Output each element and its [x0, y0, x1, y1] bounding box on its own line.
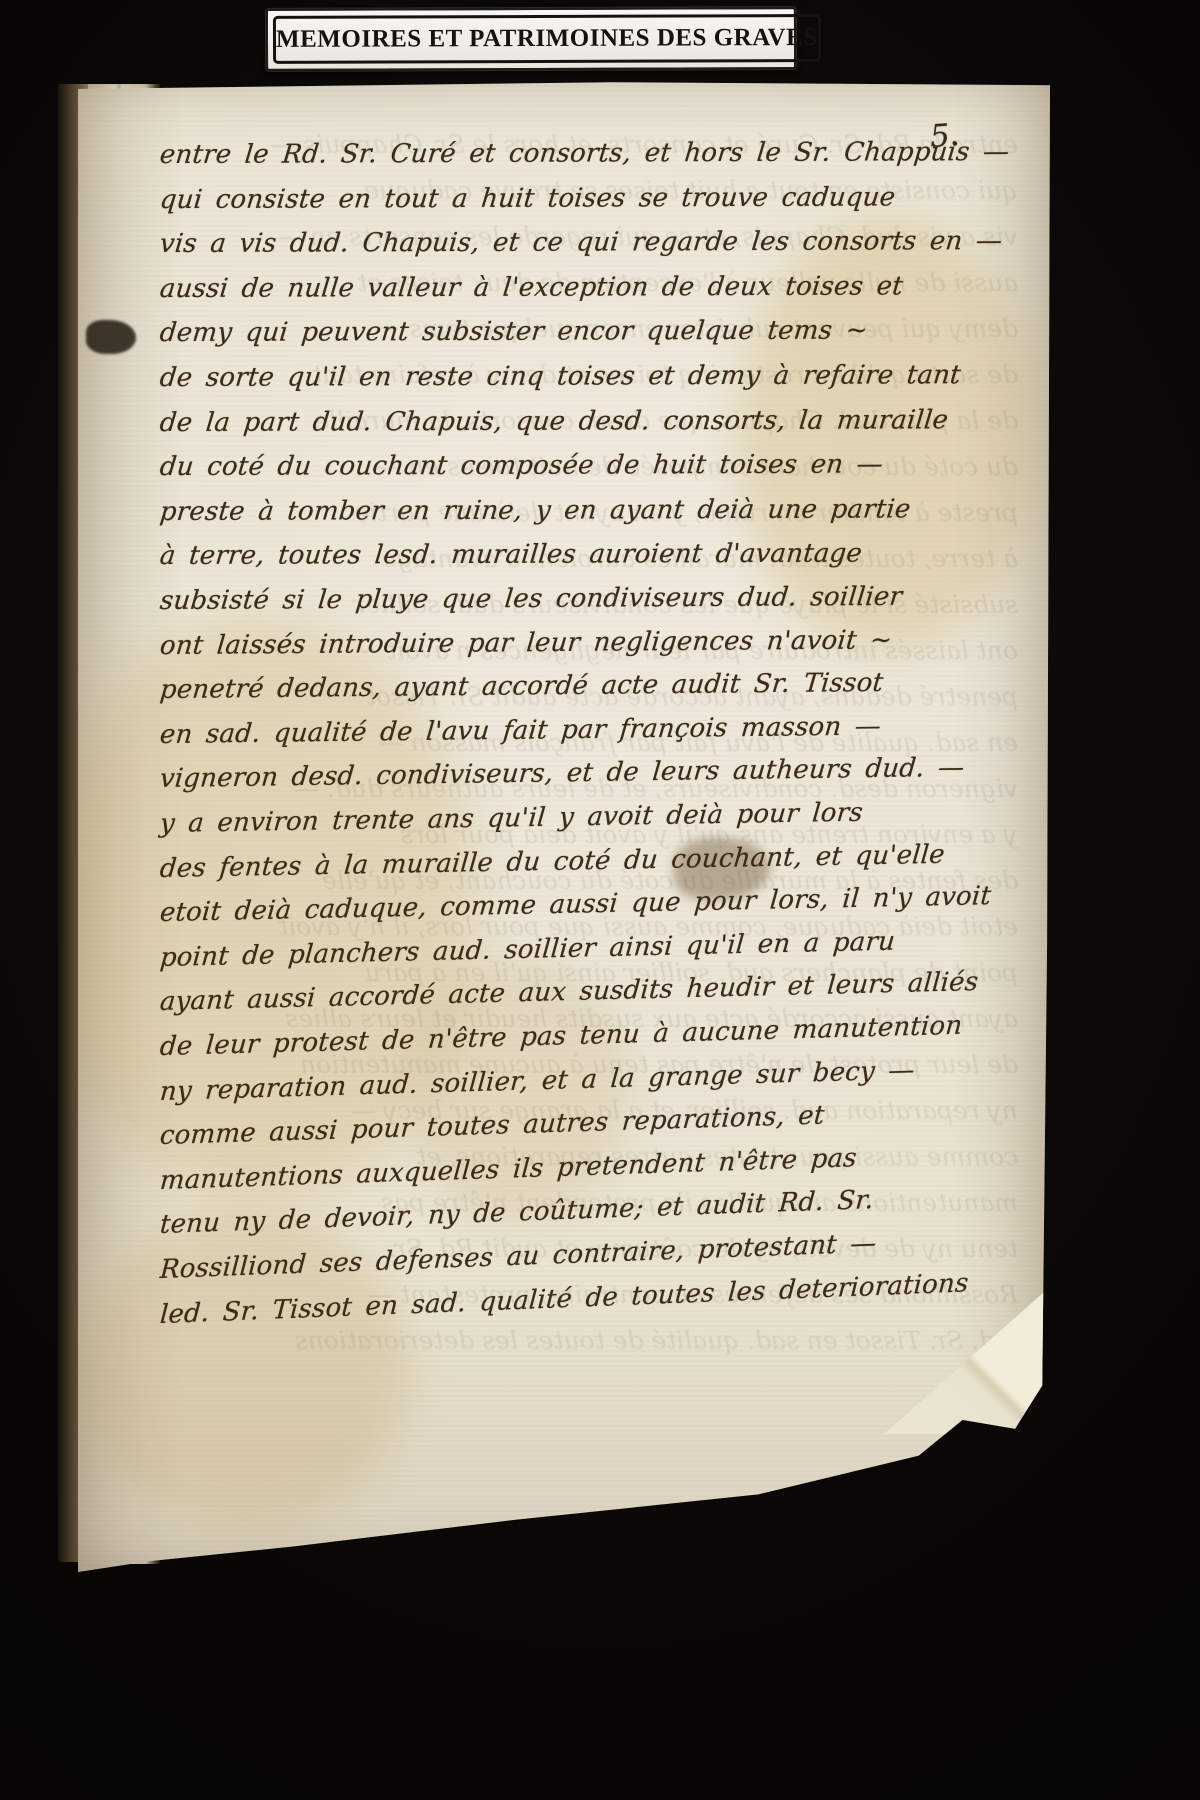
manuscript-line: de sorte qu'il en reste cinq toises et d… — [158, 360, 1021, 393]
manuscript-line: y a environ trente ans qu'il y avoit dei… — [159, 795, 1022, 839]
manuscript-line: point de planchers aud. soillier ainsi q… — [159, 924, 1021, 973]
manuscript-line: en sad. qualité de l'avu fait par franço… — [159, 710, 1022, 750]
page-number: 5. — [929, 117, 961, 155]
manuscript-line: penetré dedans, ayant accordé acte audit… — [159, 667, 1022, 705]
manuscript-line: du coté du couchant composée de huit toi… — [158, 449, 1021, 482]
manuscript-line: de la part dud. Chapuis, que desd. conso… — [158, 405, 1021, 438]
photo-backdrop: MEMOIRES ET PATRIMOINES DES GRAVES entre… — [0, 0, 1200, 1800]
archive-label: MEMOIRES ET PATRIMOINES DES GRAVES — [266, 7, 796, 71]
manuscript-line: aussi de nulle valleur à l'exception de … — [158, 271, 1021, 304]
manuscript-text: entre le Rd. Sr. Curé et consorts, et ho… — [78, 80, 1050, 1572]
manuscript-line: vigneron desd. condiviseurs, et de leurs… — [159, 752, 1022, 794]
manuscript-line: vis a vis dud. Chapuis, et ce qui regard… — [158, 226, 1021, 259]
manuscript-line: preste à tomber en ruine, y en ayant dei… — [158, 494, 1021, 527]
manuscript-line: de leur protest de n'être pas tenu à auc… — [159, 1009, 1021, 1062]
manuscript-line: à terre, toutes lesd. murailles auroient… — [158, 538, 1021, 571]
manuscript-line: ayant aussi accordé acte aux susdits heu… — [159, 966, 1021, 1017]
manuscript-line: des fentes à la muraille du coté du couc… — [159, 838, 1021, 884]
manuscript-line: ont laissés introduire par leur negligen… — [159, 624, 1022, 661]
archive-label-text: MEMOIRES ET PATRIMOINES DES GRAVES — [273, 14, 821, 64]
manuscript-line: demy qui peuvent subsister encor quelque… — [158, 315, 1021, 348]
manuscript-page: entre le Rd. Sr. Curé et consorts, et ho… — [78, 80, 1050, 1572]
manuscript-line: entre le Rd. Sr. Curé et consorts, et ho… — [158, 137, 1021, 170]
manuscript-line: etoit deià caduque, comme aussi que pour… — [159, 881, 1021, 928]
manuscript-line: qui consiste en tout a huit toises se tr… — [158, 182, 1021, 215]
manuscript-line: subsisté si le pluye que les condiviseur… — [159, 581, 1022, 616]
